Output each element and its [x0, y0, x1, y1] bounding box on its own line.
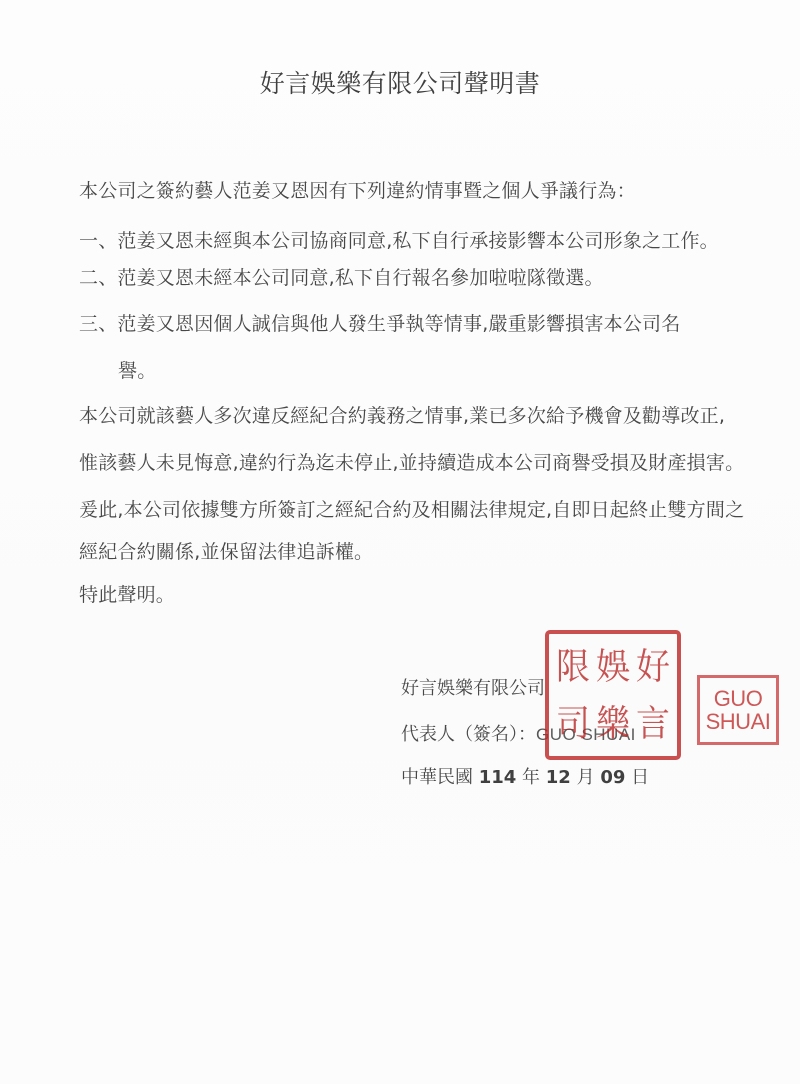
violation-item-2: 二、范姜又恩未經本公司同意,私下自行報名參加啦啦隊徵選。 — [79, 263, 604, 290]
seal-char: 限 — [553, 637, 593, 697]
body-paragraph-line-3: 爰此,本公司依據雙方所簽訂之經紀合約及相關法律規定,自即日起終止雙方間之 — [79, 495, 744, 522]
body-paragraph-line-4: 經紀合約關係,並保留法律追訴權。 — [79, 537, 373, 564]
date-year-unit: 年 — [522, 767, 540, 788]
date-day: 09 — [600, 767, 625, 788]
company-seal-stamp: 好 言 娛 樂 限 司 — [545, 630, 681, 760]
date-month-unit: 月 — [577, 767, 595, 788]
intro-paragraph: 本公司之簽約藝人范姜又恩因有下列違約情事暨之個人爭議行為： — [79, 176, 636, 203]
body-paragraph-line-2: 惟該藝人未見悔意,違約行為迄未停止,並持續造成本公司商譽受損及財產損害。 — [79, 448, 744, 475]
seal-char: 娛 — [593, 637, 633, 697]
signature-date: 中華民國 114 年 12 月 09 日 — [401, 763, 649, 789]
personal-seal-line-1: GUO — [714, 687, 763, 710]
violation-item-3: 三、范姜又恩因個人誠信與他人發生爭執等情事,嚴重影響損害本公司名 — [79, 309, 680, 336]
body-paragraph-line-1: 本公司就該藝人多次違反經紀合約義務之情事,業已多次給予機會及勸導改正, — [79, 401, 725, 428]
date-month: 12 — [546, 767, 571, 788]
representative-label: 代表人（簽名）： — [401, 724, 536, 745]
document-title: 好言娛樂有限公司聲明書 — [0, 64, 800, 100]
violation-item-1: 一、范姜又恩未經與本公司協商同意,私下自行承接影響本公司形象之工作。 — [79, 226, 719, 253]
signature-company-name: 好言娛樂有限公司 — [401, 674, 545, 700]
date-year: 114 — [479, 767, 517, 788]
document-page: 好言娛樂有限公司聲明書 本公司之簽約藝人范姜又恩因有下列違約情事暨之個人爭議行為… — [0, 0, 800, 1084]
personal-seal-line-2: SHUAI — [706, 710, 771, 733]
seal-char: 樂 — [593, 694, 633, 754]
seal-char: 司 — [553, 694, 593, 754]
date-prefix: 中華民國 — [401, 767, 473, 788]
violation-item-3-continued: 譽。 — [118, 356, 156, 383]
date-day-unit: 日 — [631, 767, 649, 788]
seal-char: 好 — [633, 637, 673, 697]
seal-char: 言 — [633, 694, 673, 754]
personal-seal-stamp: GUO SHUAI — [697, 675, 779, 745]
closing-statement: 特此聲明。 — [79, 580, 175, 607]
